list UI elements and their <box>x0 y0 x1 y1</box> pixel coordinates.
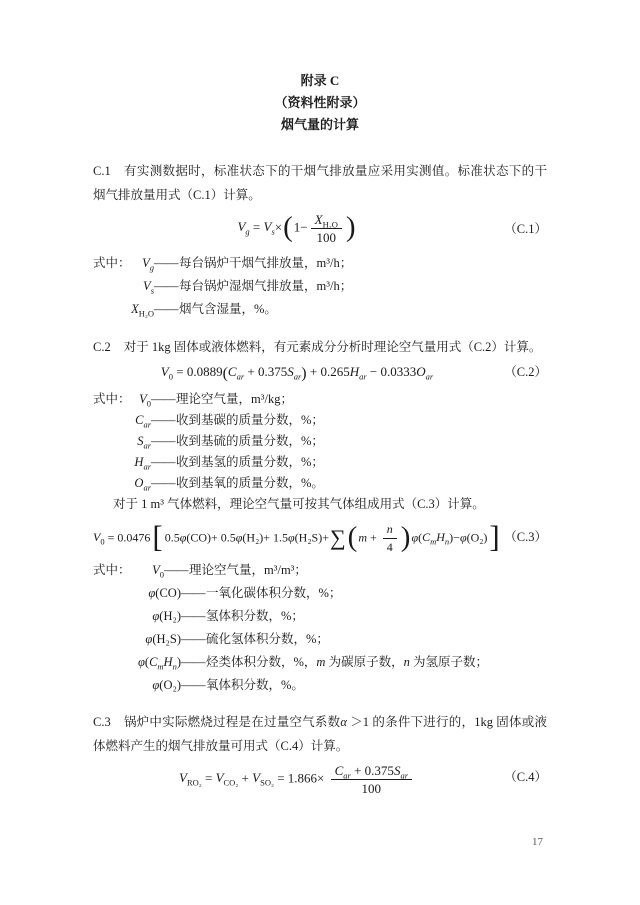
section-number-c1: C.1 <box>93 164 111 178</box>
def-lead: 式中： <box>93 389 131 410</box>
appendix-type: （资料性附录） <box>93 92 547 114</box>
def-dash: —— <box>181 678 205 692</box>
def-dash: —— <box>151 413 175 427</box>
def-dash: —— <box>151 455 175 469</box>
definition-list-c3: 式中：V0——理论空气量，m³/m³； φ(CO)——一氧化碳体积分数，%； φ… <box>93 559 547 697</box>
formula-c2-math: V0 = 0.0889(Car + 0.375Sar) + 0.265Har −… <box>161 362 433 382</box>
paragraph-c2-text: 对于 1kg 固体或液体燃料，有元素成分分析时理论空气量用式（C.2）计算。 <box>124 340 542 354</box>
def-desc: 氧体积分数，%。 <box>206 678 304 692</box>
definition-row: φ(CmHn)——烃类体积分数，%，m 为碳原子数，n 为氢原子数； <box>93 651 547 674</box>
definition-row: φ(CO)——一氧化碳体积分数，%； <box>93 582 547 605</box>
def-term: V0 <box>131 389 151 410</box>
definition-row: 式中：V0——理论空气量，m³/m³； <box>93 559 547 582</box>
formula-c3: V0 = 0.0476[0.5φ(CO)+ 0.5φ(H₂)+ 1.5φ(H₂S… <box>93 515 547 559</box>
def-term: XH₂O <box>131 298 154 321</box>
definition-list-c2: 式中：V0——理论空气量，m³/kg； Car——收到基碳的质量分数，%； Sa… <box>93 389 547 494</box>
def-dash: —— <box>181 632 205 646</box>
def-dash: —— <box>181 609 205 623</box>
definition-row: φ(O₂)——氧体积分数，%。 <box>93 674 547 697</box>
def-desc: 收到基硫的质量分数，%； <box>176 434 324 448</box>
formula-c4-label: （C.4） <box>504 767 547 787</box>
def-term: Sar <box>131 431 151 452</box>
definition-list-c1: 式中：Vg——每台锅炉干烟气排放量，m³/h； Vs——每台锅炉湿烟气排放量，m… <box>93 252 547 321</box>
paragraph-c1: C.1有实测数据时，标准状态下的干烟气排放量应采用实测值。标准状态下的干烟气排放… <box>93 159 547 207</box>
def-term: φ(H₂S) <box>131 628 181 651</box>
def-term: Oar <box>131 473 151 494</box>
definition-row: Car——收到基碳的质量分数，%； <box>93 410 547 431</box>
definition-row: 式中：Vg——每台锅炉干烟气排放量，m³/h； <box>93 252 547 275</box>
def-term: Vs <box>131 275 154 298</box>
def-dash: —— <box>181 586 205 600</box>
def-desc: 收到基碳的质量分数，%； <box>176 413 324 427</box>
formula-c2-label: （C.2） <box>504 362 547 382</box>
def-term: V0 <box>131 559 164 582</box>
def-term: Vg <box>131 252 154 275</box>
def-desc: 收到基氧的质量分数，%。 <box>176 476 324 490</box>
formula-c4-math: VRO₂ = VCO₂ + VSO₂ = 1.866× Car + 0.375S… <box>179 763 415 796</box>
def-term: Har <box>131 452 151 473</box>
def-desc: 理论空气量，m³/m³； <box>189 563 307 577</box>
def-dash: —— <box>151 392 175 406</box>
formula-c2: V0 = 0.0889(Car + 0.375Sar) + 0.265Har −… <box>93 359 547 385</box>
def-dash: —— <box>181 655 205 669</box>
appendix-label: 附录 C <box>93 70 547 92</box>
formula-c3-math: V0 = 0.0476[0.5φ(CO)+ 0.5φ(H₂)+ 1.5φ(H₂S… <box>93 522 502 555</box>
def-lead: 式中： <box>93 559 131 582</box>
def-desc: 氢体积分数，%； <box>206 609 304 623</box>
section-number-c2: C.2 <box>93 340 111 354</box>
def-dash: —— <box>154 256 178 270</box>
definition-row: Har——收到基氢的质量分数，%； <box>93 452 547 473</box>
def-term: φ(O₂) <box>131 674 181 697</box>
definition-row: Oar——收到基氧的质量分数，%。 <box>93 473 547 494</box>
paragraph-c1-text: 有实测数据时，标准状态下的干烟气排放量应采用实测值。标准状态下的干烟气排放量用式… <box>93 164 547 202</box>
formula-c1-label: （C.1） <box>504 219 547 239</box>
def-dash: —— <box>154 302 178 316</box>
def-dash: —— <box>164 563 188 577</box>
def-term: φ(CO) <box>131 582 181 605</box>
def-dash: —— <box>151 476 175 490</box>
definition-row: Vs——每台锅炉湿烟气排放量，m³/h； <box>93 275 547 298</box>
def-desc: 烃类体积分数，%，m 为碳原子数，n 为氢原子数； <box>206 655 488 669</box>
def-dash: —— <box>154 279 178 293</box>
document-page: 附录 C （资料性附录） 烟气量的计算 C.1有实测数据时，标准状态下的干烟气排… <box>0 0 640 905</box>
def-desc: 烟气含湿量，%。 <box>179 302 277 316</box>
formula-c3-label: （C.3） <box>504 527 547 547</box>
def-desc: 收到基氢的质量分数，%； <box>176 455 324 469</box>
def-desc: 每台锅炉湿烟气排放量，m³/h； <box>179 279 352 293</box>
def-desc: 理论空气量，m³/kg； <box>176 392 293 406</box>
def-term: φ(CmHn) <box>131 651 181 674</box>
formula-c1-math: Vg = Vs×(1−XH₂O100) <box>237 212 356 245</box>
paragraph-c2: C.2对于 1kg 固体或液体燃料，有元素成分分析时理论空气量用式（C.2）计算… <box>93 335 547 359</box>
definition-row: φ(H₂S)——硫化氢体积分数，%； <box>93 628 547 651</box>
def-desc: 硫化氢体积分数，%； <box>206 632 329 646</box>
definition-row: Sar——收到基硫的质量分数，%； <box>93 431 547 452</box>
page-content: 附录 C （资料性附录） 烟气量的计算 C.1有实测数据时，标准状态下的干烟气排… <box>93 0 547 796</box>
paragraph-c3: C.3锅炉中实际燃烧过程是在过量空气系数α ＞1 的条件下进行的，1kg 固体或… <box>93 710 547 758</box>
definition-row: XH₂O——烟气含湿量，%。 <box>93 298 547 321</box>
formula-c4: VRO₂ = VCO₂ + VSO₂ = 1.866× Car + 0.375S… <box>93 758 547 796</box>
appendix-header: 附录 C （资料性附录） 烟气量的计算 <box>93 0 547 136</box>
page-number: 17 <box>532 836 543 848</box>
def-term: Car <box>131 410 151 431</box>
formula-c1: Vg = Vs×(1−XH₂O100) （C.1） <box>93 207 547 250</box>
paragraph-gas-fuel: 对于 1 m³ 气体燃料，理论空气量可按其气体组成用式（C.3）计算。 <box>93 494 547 515</box>
def-dash: —— <box>151 434 175 448</box>
definition-row: φ(H₂)——氢体积分数，%； <box>93 605 547 628</box>
definition-row: 式中：V0——理论空气量，m³/kg； <box>93 389 547 410</box>
def-term: φ(H₂) <box>131 605 181 628</box>
def-desc: 每台锅炉干烟气排放量，m³/h； <box>179 256 352 270</box>
appendix-title: 烟气量的计算 <box>93 114 547 136</box>
def-desc: 一氧化碳体积分数，%； <box>206 586 341 600</box>
def-lead: 式中： <box>93 252 131 275</box>
